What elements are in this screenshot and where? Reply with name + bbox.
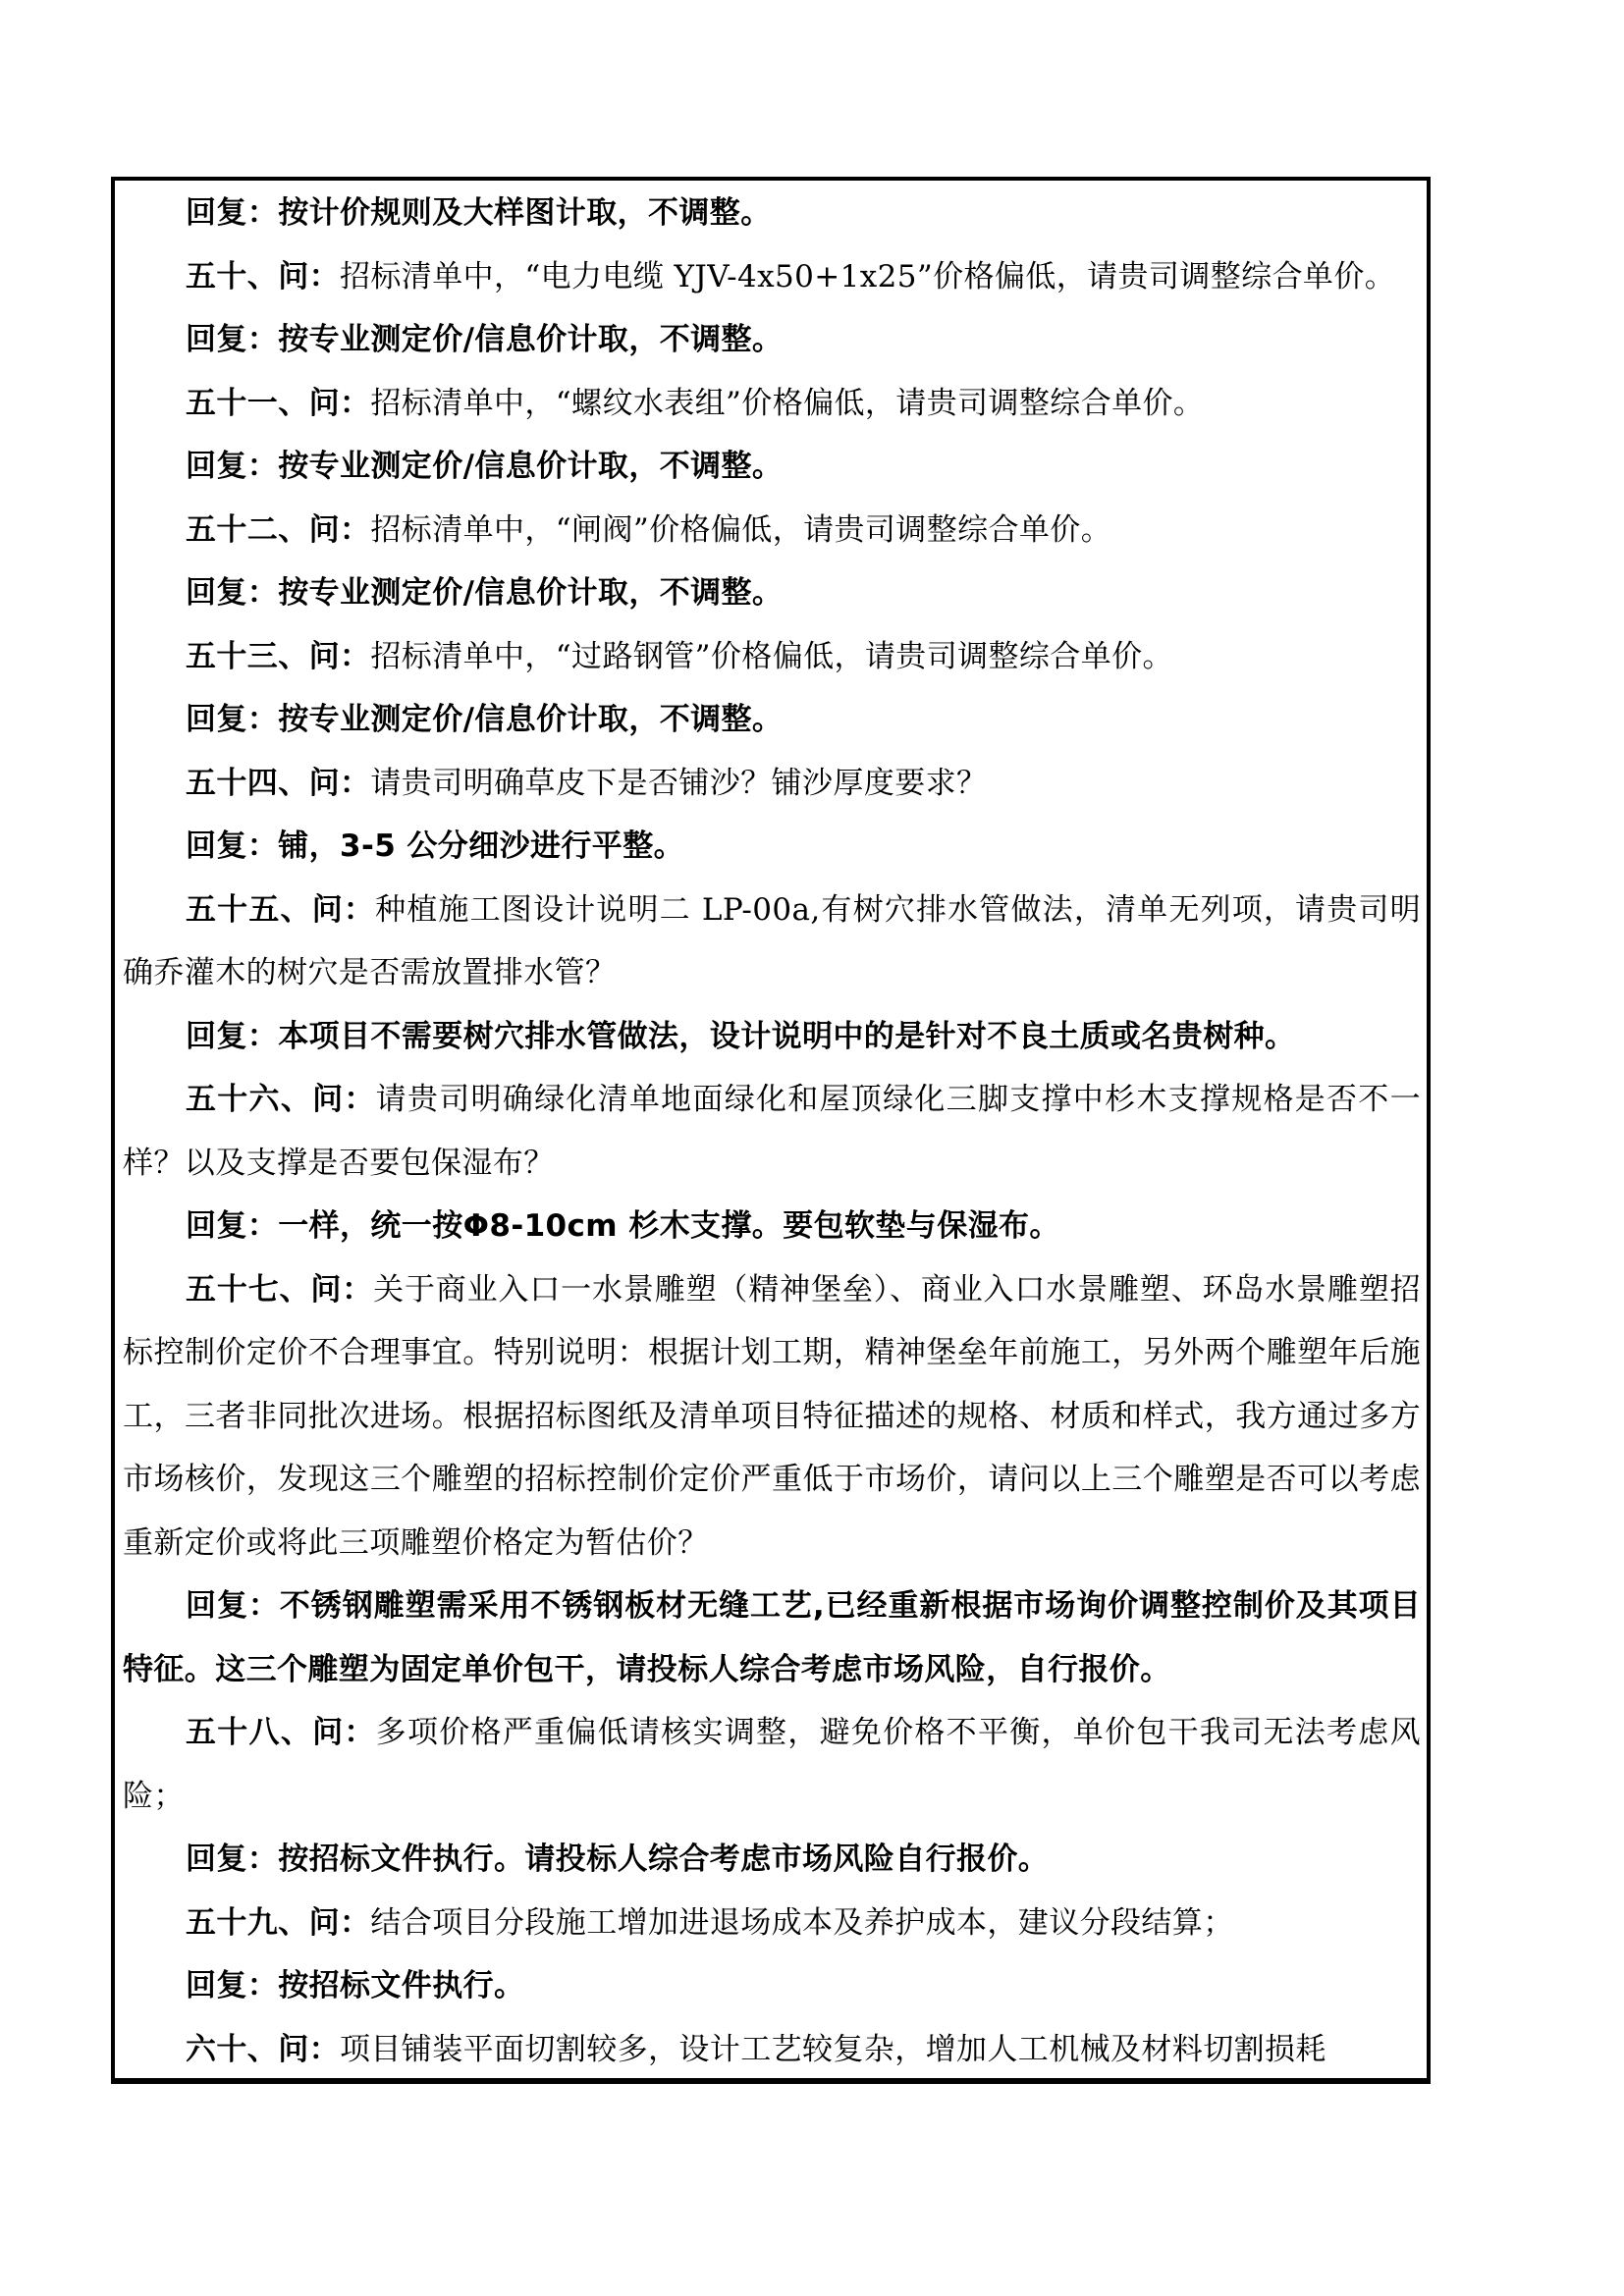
- qa-reply: 回复：按招标文件执行。: [123, 1954, 1421, 2018]
- question-text: 结合项目分段施工增加进退场成本及养护成本，建议分段结算；: [370, 1905, 1233, 1941]
- qa-reply: 回复：一样，统一按Φ8-10cm 杉木支撑。要包软垫与保湿布。: [123, 1195, 1421, 1258]
- qa-list: 回复：按计价规则及大样图计取，不调整。五十、问：招标清单中，“电力电缆 YJV-…: [123, 182, 1421, 2081]
- question-number-label: 五十二、问：: [186, 512, 370, 548]
- question-text: 招标清单中，“电力电缆 YJV-4x50+1x25”价格偏低，请贵司调整综合单价…: [340, 259, 1395, 294]
- qa-question: 五十九、问：结合项目分段施工增加进退场成本及养护成本，建议分段结算；: [123, 1892, 1421, 1955]
- qa-question: 五十四、问：请贵司明确草皮下是否铺沙？铺沙厚度要求？: [123, 752, 1421, 816]
- question-text: 招标清单中，“闸阀”价格偏低，请贵司调整综合单价。: [370, 512, 1111, 548]
- qa-reply: 回复：按专业测定价/信息价计取，不调整。: [123, 435, 1421, 499]
- question-text: 项目铺装平面切割较多，设计工艺较复杂，增加人工机械及材料切割损耗: [340, 2032, 1326, 2067]
- qa-question: 五十二、问：招标清单中，“闸阀”价格偏低，请贵司调整综合单价。: [123, 499, 1421, 562]
- reply-text: 回复：按专业测定价/信息价计取，不调整。: [186, 575, 783, 611]
- qa-reply: 回复：按招标文件执行。请投标人综合考虑市场风险自行报价。: [123, 1828, 1421, 1892]
- qa-reply: 回复：按专业测定价/信息价计取，不调整。: [123, 688, 1421, 752]
- question-number-label: 五十七、问：: [186, 1272, 373, 1308]
- question-number-label: 五十六、问：: [186, 1082, 376, 1117]
- qa-reply: 回复：按专业测定价/信息价计取，不调整。: [123, 308, 1421, 372]
- question-text: 招标清单中，“螺纹水表组”价格偏低，请贵司调整综合单价。: [370, 386, 1204, 421]
- qa-reply: 回复：按专业测定价/信息价计取，不调整。: [123, 561, 1421, 625]
- question-text: 请贵司明确草皮下是否铺沙？铺沙厚度要求？: [370, 766, 987, 801]
- qa-reply: 回复：不锈钢雕塑需采用不锈钢板材无缝工艺,已经重新根据市场询价调整控制价及其项目…: [123, 1575, 1421, 1701]
- qa-question: 六十、问：项目铺装平面切割较多，设计工艺较复杂，增加人工机械及材料切割损耗: [123, 2018, 1421, 2082]
- qa-question: 五十五、问：种植施工图设计说明二 LP-00a,有树穴排水管做法，清单无列项，请…: [123, 879, 1421, 1005]
- qa-question: 五十三、问：招标清单中，“过路钢管”价格偏低，请贵司调整综合单价。: [123, 625, 1421, 689]
- qa-question: 五十六、问：请贵司明确绿化清单地面绿化和屋顶绿化三脚支撑中杉木支撑规格是否不一样…: [123, 1068, 1421, 1195]
- question-number-label: 五十一、问：: [186, 386, 370, 421]
- qa-reply: 回复：按计价规则及大样图计取，不调整。: [123, 182, 1421, 245]
- qa-question: 五十一、问：招标清单中，“螺纹水表组”价格偏低，请贵司调整综合单价。: [123, 372, 1421, 436]
- reply-text: 回复：本项目不需要树穴排水管做法，设计说明中的是针对不良土质或名贵树种。: [186, 1019, 1295, 1054]
- reply-text: 回复：按专业测定价/信息价计取，不调整。: [186, 322, 783, 357]
- question-number-label: 五十五、问：: [186, 892, 375, 928]
- reply-text: 回复：按专业测定价/信息价计取，不调整。: [186, 702, 783, 737]
- reply-text: 回复：按招标文件执行。请投标人综合考虑市场风险自行报价。: [186, 1842, 1049, 1877]
- reply-text: 回复：按专业测定价/信息价计取，不调整。: [186, 449, 783, 484]
- document-page: 回复：按计价规则及大样图计取，不调整。五十、问：招标清单中，“电力电缆 YJV-…: [0, 0, 1624, 2296]
- qa-question: 五十七、问：关于商业入口一水景雕塑（精神堡垒）、商业入口水景雕塑、环岛水景雕塑招…: [123, 1258, 1421, 1575]
- question-number-label: 五十四、问：: [186, 766, 370, 801]
- question-number-label: 五十三、问：: [186, 639, 370, 674]
- question-number-label: 五十九、问：: [186, 1905, 370, 1941]
- reply-text: 回复：不锈钢雕塑需采用不锈钢板材无缝工艺,已经重新根据市场询价调整控制价及其项目…: [123, 1588, 1421, 1687]
- question-text: 招标清单中，“过路钢管”价格偏低，请贵司调整综合单价。: [370, 639, 1173, 674]
- reply-text: 回复：铺，3-5 公分细沙进行平整。: [186, 828, 684, 864]
- question-number-label: 五十八、问：: [186, 1715, 376, 1750]
- question-number-label: 六十、问：: [186, 2032, 340, 2067]
- qa-table-cell: 回复：按计价规则及大样图计取，不调整。五十、问：招标清单中，“电力电缆 YJV-…: [111, 177, 1431, 2084]
- reply-text: 回复：按计价规则及大样图计取，不调整。: [186, 195, 772, 231]
- qa-question: 五十八、问：多项价格严重偏低请核实调整，避免价格不平衡，单价包干我司无法考虑风险…: [123, 1701, 1421, 1828]
- question-text: 关于商业入口一水景雕塑（精神堡垒）、商业入口水景雕塑、环岛水景雕塑招标控制价定价…: [123, 1272, 1421, 1561]
- qa-reply: 回复：铺，3-5 公分细沙进行平整。: [123, 815, 1421, 879]
- question-number-label: 五十、问：: [186, 259, 340, 294]
- reply-text: 回复：按招标文件执行。: [186, 1968, 524, 2003]
- qa-question: 五十、问：招标清单中，“电力电缆 YJV-4x50+1x25”价格偏低，请贵司调…: [123, 245, 1421, 309]
- reply-text: 回复：一样，统一按Φ8-10cm 杉木支撑。要包软垫与保湿布。: [186, 1208, 1060, 1244]
- qa-reply: 回复：本项目不需要树穴排水管做法，设计说明中的是针对不良土质或名贵树种。: [123, 1005, 1421, 1069]
